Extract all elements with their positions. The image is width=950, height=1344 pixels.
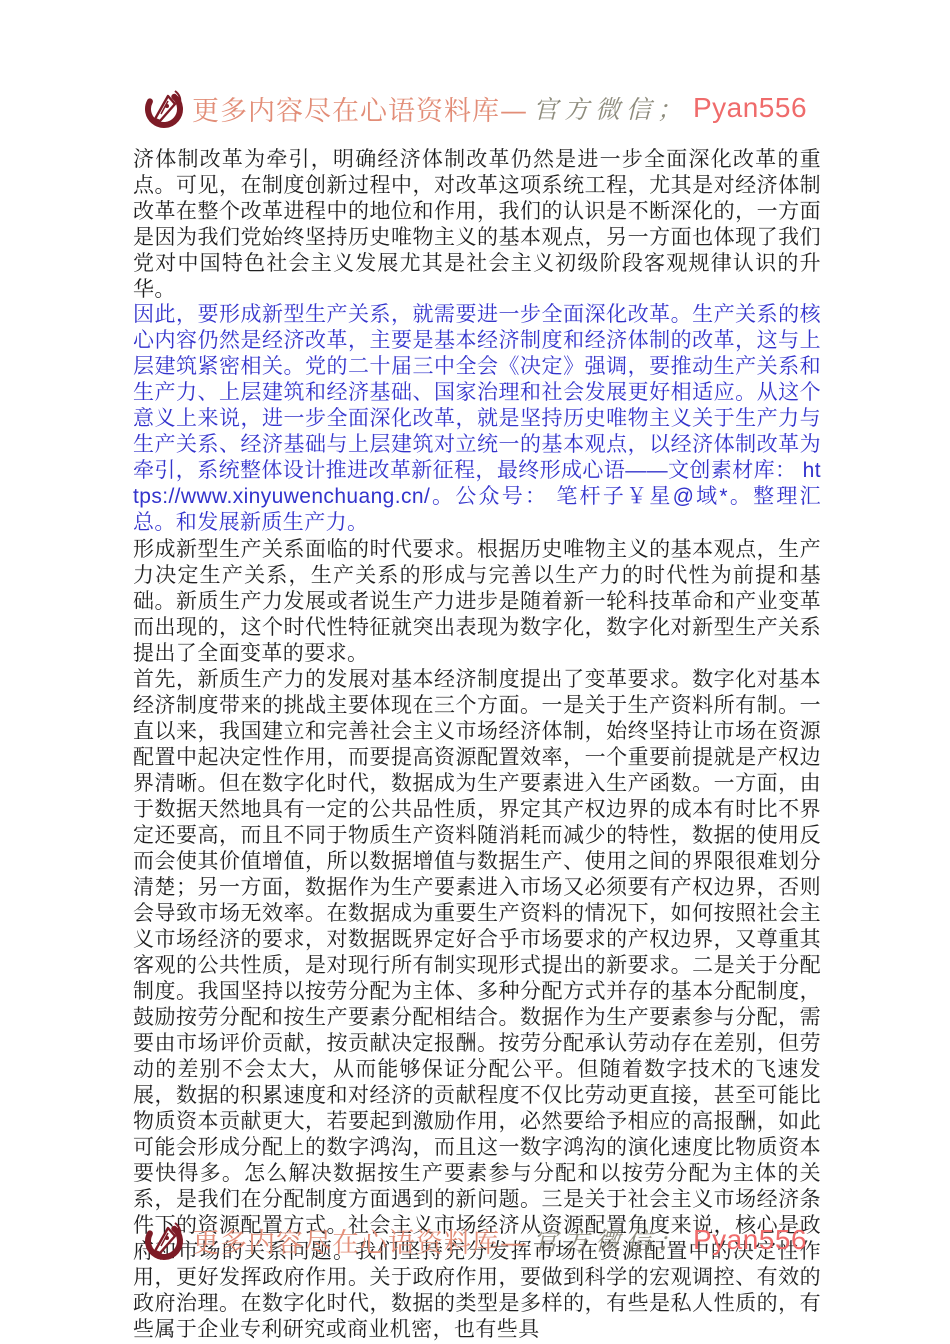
watermark-text: 更多内容尽在心语资料库— [192, 1221, 528, 1260]
document-body: 济体制改革为牵引，明确经济体制改革仍然是进一步全面深化改革的重点。可见，在制度创… [133, 146, 821, 1342]
header-watermark: 更多内容尽在心语资料库— 官方微信； Pyan556 [0, 82, 950, 134]
pen-swirl-logo-icon [143, 84, 185, 132]
watermark-wechat-id: Pyan556 [693, 1224, 807, 1256]
footer-watermark: 更多内容尽在心语资料库— 官方微信； Pyan556 [0, 1214, 950, 1266]
pen-swirl-logo-icon [143, 1216, 185, 1264]
watermark-wechat-label: 官方微信； [533, 1222, 688, 1258]
paragraph-3: 形成新型生产关系面临的时代要求。根据历史唯物主义的基本观点，生产力决定生产关系，… [133, 536, 821, 666]
watermark-text: 更多内容尽在心语资料库— [192, 89, 528, 128]
paragraph-1: 济体制改革为牵引，明确经济体制改革仍然是进一步全面深化改革的重点。可见，在制度创… [133, 146, 821, 302]
watermark-wechat-label: 官方微信； [533, 90, 688, 126]
paragraph-2-highlighted: 因此，要形成新型生产关系，就需要进一步全面深化改革。生产关系的核心内容仍然是经济… [133, 302, 821, 536]
watermark-wechat-id: Pyan556 [693, 92, 807, 124]
document-page: 更多内容尽在心语资料库— 官方微信； Pyan556 济体制改革为牵引，明确经济… [0, 0, 950, 1344]
